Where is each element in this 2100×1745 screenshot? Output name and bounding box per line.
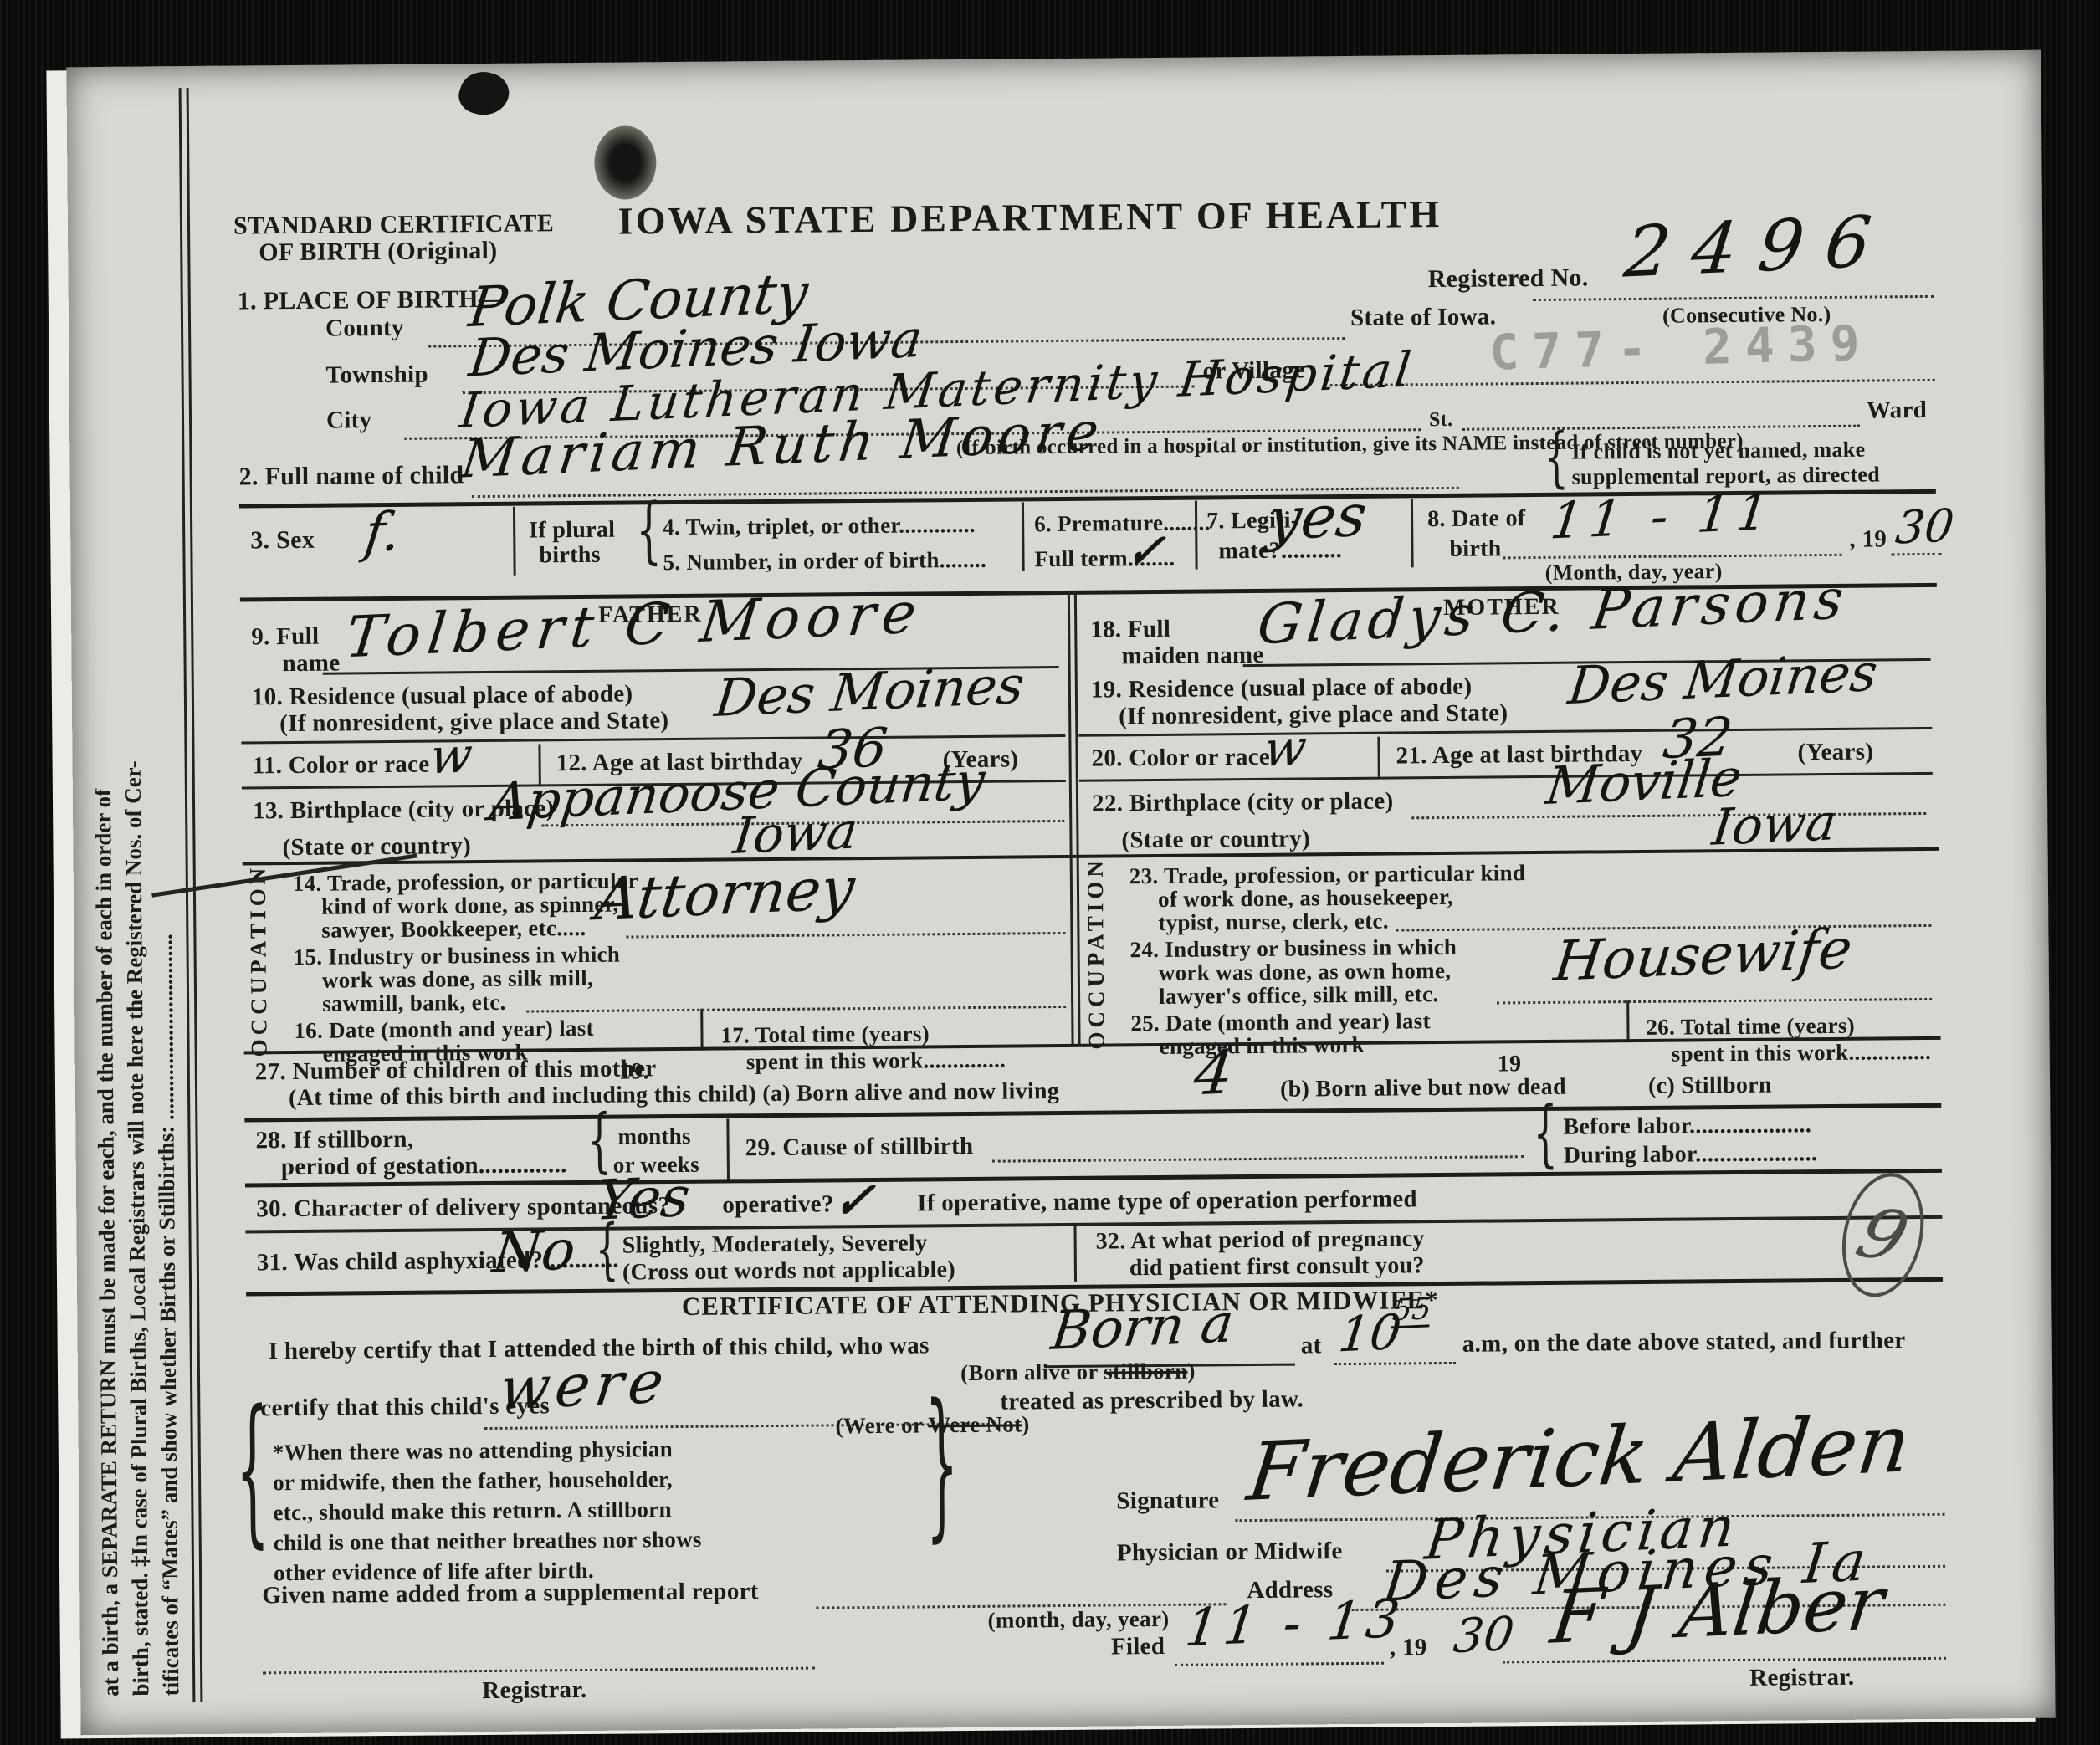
leader-line [1324,379,1935,386]
leader-line [1175,1662,1384,1666]
mother-name-value: Gladys C. Parsons [1255,572,1852,653]
column-divider [726,1118,730,1180]
father-industry-label3: sawmill, bank, etc. [322,990,506,1016]
date-of-birth-label2: birth [1449,536,1501,561]
physician-note-line3: etc., should make this return. A stillbo… [273,1497,672,1525]
physician-note-line4: child is one that neither breathes nor s… [274,1528,702,1555]
filed-date-value: 11 - 13 [1182,1593,1406,1654]
column-divider [1377,737,1380,777]
mother-industry-value: Housewife [1551,922,1855,990]
filed-label: Filed [1111,1634,1165,1660]
year-19-label: , 19 [1849,526,1887,552]
rule [1079,772,1933,782]
if-plural-label2: births [539,543,601,568]
scanned-document: at a birth, a SEPARATE RETURN must be ma… [0,0,2100,1745]
born-status-value: Born a [1048,1297,1236,1358]
born-alive-note: (Born alive or stillborn) [960,1359,1196,1385]
mother-industry-label3: lawyer's office, silk mill, etc. [1159,982,1439,1008]
children-stillborn-label: (c) Stillborn [1648,1073,1772,1099]
number-order-label: 5. Number, in order of birth........ [663,548,986,575]
brace: { [587,1107,612,1177]
father-total-time-label2: spent in this work.............. [746,1048,1006,1074]
born-alive-note-post: ) [1187,1359,1196,1384]
month-day-year-note2: (month, day, year) [987,1607,1169,1632]
margin-rule [187,88,203,1702]
brace: { [235,1389,269,1551]
signature-value: Frederick Alden [1244,1403,1914,1512]
filed-year-value: 30 [1451,1611,1516,1661]
column-divider [513,507,516,576]
sex-value: f. [361,505,402,560]
signature-label: Signature [1116,1487,1219,1514]
twin-label: 4. Twin, triplet, or other............. [663,513,976,540]
father-race-label: 11. Color or race [253,752,430,779]
mother-residence-label2: (If nonresident, give place and State) [1119,700,1508,729]
physician-note-line2: or midwife, then the father, householder… [273,1467,673,1495]
asphyxiated-value: No [490,1222,579,1281]
father-birthplace-state-value: Iowa [731,806,861,862]
mother-19-label: 19 [1498,1052,1522,1077]
registrar-signature-value: F J Alber [1548,1567,1887,1655]
leader-line [1891,553,1941,556]
circled-number-value: 9 [1849,1198,1917,1273]
birth-time-minutes-value: 55 [1391,1294,1432,1328]
filed-year-19-label: , 19 [1390,1635,1427,1661]
place-of-birth-label: 1. PLACE OF BIRTH— [238,286,505,315]
mother-date-label1: 25. Date (month and year) last [1130,1009,1431,1035]
before-labor-label: Before labor.................... [1563,1113,1811,1139]
leader-line [1533,295,1934,301]
children-living-value: 4 [1191,1041,1237,1103]
mother-trade-label1: 23. Trade, profession, or particular kin… [1129,861,1526,888]
mother-race-value: w [1262,724,1309,774]
column-divider [1411,499,1414,567]
pregnancy-period-label2: did patient first consult you? [1129,1253,1425,1280]
township-label: Township [325,362,428,389]
mother-race-label: 20. Color or race [1091,745,1270,771]
physician-or-midwife-label: Physician or Midwife [1117,1538,1343,1566]
file-number-stamp: C77- 2439 [1489,315,1874,381]
birth-year-value: 30 [1893,503,1956,550]
ink-blob [594,125,657,200]
column-divider [1022,502,1025,571]
were-note-pre: (Were or [835,1412,928,1438]
column-divider [1626,1000,1629,1042]
brace: { [1544,424,1569,489]
certificate-paper: at a birth, a SEPARATE RETURN must be ma… [66,50,2055,1736]
father-occupation-vertical-label: OCCUPATION [245,881,273,1057]
at-label: at [1301,1333,1322,1359]
registrar-right-label: Registrar. [1749,1665,1854,1691]
severity-label: Slightly, Moderately, Severely [622,1231,928,1258]
given-name-supplemental-label: Given name added from a supplemental rep… [262,1579,759,1609]
mother-trade-label2: of work done, as housekeeper, [1158,885,1453,911]
born-alive-note-struck: stillborn [1104,1359,1187,1384]
operative-check: ✓ [831,1175,877,1226]
premature-label: 6. Premature........ [1034,510,1211,535]
during-labor-label: During labor.................... [1564,1141,1818,1168]
form-name-line2: OF BIRTH (Original) [259,238,497,266]
children-count-label: 27. Number of children of this mother [255,1056,657,1085]
ward-label: Ward [1867,397,1927,423]
full-term-check: ✓ [1124,527,1167,574]
father-residence-value: Des Moines [713,659,1027,724]
father-residence-label1: 10. Residence (usual place of abode) [252,681,633,709]
registrar-left-label: Registrar. [482,1677,586,1704]
circled-page-number: 9 [1831,1165,1934,1305]
mother-occupation-vertical-label: OCCUPATION [1083,874,1110,1050]
years-label: (Years) [1797,739,1873,765]
father-total-time-label1: 17. Total time (years) [720,1021,930,1047]
certify-line1-end: a.m, on the date above stated, and furth… [1462,1328,1906,1357]
registered-no-value: 2496 [1621,206,1897,288]
children-dead-label: (b) Born alive but now dead [1280,1075,1566,1102]
born-alive-note-pre: (Born alive or [960,1359,1104,1385]
leader-line [526,1006,1066,1013]
if-plural-label1: If plural [529,518,615,543]
operation-type-label: If operative, name type of operation per… [917,1186,1417,1216]
months-label: months [617,1124,691,1149]
mother-total-time-label1: 26. Total time (years) [1646,1014,1855,1040]
leader-line [992,1155,1524,1163]
state-country-label: (State or country) [1121,826,1310,852]
legitimate-value: yes [1265,486,1370,549]
column-divider [700,1009,703,1051]
were-note-post: ) [1022,1411,1030,1436]
mother-trade-label3: typist, nurse, clerk, etc. [1158,909,1389,935]
brace: { [1533,1096,1558,1169]
certify-line2-end: treated as prescribed by law. [1000,1386,1304,1415]
brace: { [636,494,662,567]
column-divider [1073,1226,1077,1282]
father-trade-label3: sawyer, Bookkeeper, etc..... [321,916,586,942]
stillborn-label2: period of gestation.............. [281,1152,567,1180]
center-divider [1074,591,1081,1046]
cross-out-note: (Cross out words not applicable) [622,1257,955,1285]
father-name-label1: 9. Full [251,624,319,650]
eyes-value: were [497,1353,672,1419]
mother-total-time-label2: spent in this work.............. [1672,1040,1932,1066]
children-living-label: (At time of this birth and including thi… [289,1079,1059,1110]
operative-label: operative? [722,1191,834,1218]
ink-blob [454,65,514,121]
center-divider [1068,591,1074,1046]
registered-no-label: Registered No. [1427,264,1588,292]
mother-birthplace-state-value: Iowa [1710,797,1840,852]
cause-stillbirth-label: 29. Cause of stillbirth [745,1133,974,1161]
father-date-label1: 16. Date (month and year) last [294,1016,594,1042]
father-trade-value: Attorney [592,859,858,929]
leader-line [1503,554,1842,560]
mother-name-label1: 18. Full [1090,617,1170,642]
leader-line [626,932,1065,939]
father-industry-label2: work was done, as silk mill, [322,966,593,992]
not-named-note1: If child is not yet named, make [1571,438,1865,463]
city-label: City [326,407,372,433]
st-label: St. [1429,410,1452,431]
brace: { [595,1217,619,1283]
margin-note: at a birth, a SEPARATE RETURN must be ma… [82,123,186,1696]
leader-line [1497,998,1932,1005]
state-country-label: (State or country) [282,833,471,860]
full-name-child-label: 2. Full name of child [238,462,464,490]
mother-birthplace-value: Moville [1544,752,1744,812]
page-title: IOWA STATE DEPARTMENT OF HEALTH [486,193,1574,243]
leader-line [263,1667,815,1675]
state-of-iowa-label: State of Iowa. [1350,304,1496,330]
sex-label: 3. Sex [250,527,315,554]
date-of-birth-value: 11 - 11 [1548,487,1778,547]
mother-birthplace-label: 22. Birthplace (city or place) [1092,789,1394,817]
stillborn-label1: 28. If stillborn, [255,1127,413,1154]
county-label: County [325,315,404,341]
pregnancy-period-label1: 32. At what period of pregnancy [1096,1226,1425,1254]
mother-residence-value: Des Moines [1565,647,1880,712]
date-of-birth-label1: 8. Date of [1427,506,1526,531]
mother-residence-label1: 19. Residence (usual place of abode) [1091,674,1473,703]
physician-note-line1: *When there was no attending physician [273,1437,673,1465]
brace: } [925,1384,959,1545]
leader-line [1411,812,1926,819]
father-race-value: w [428,730,475,780]
